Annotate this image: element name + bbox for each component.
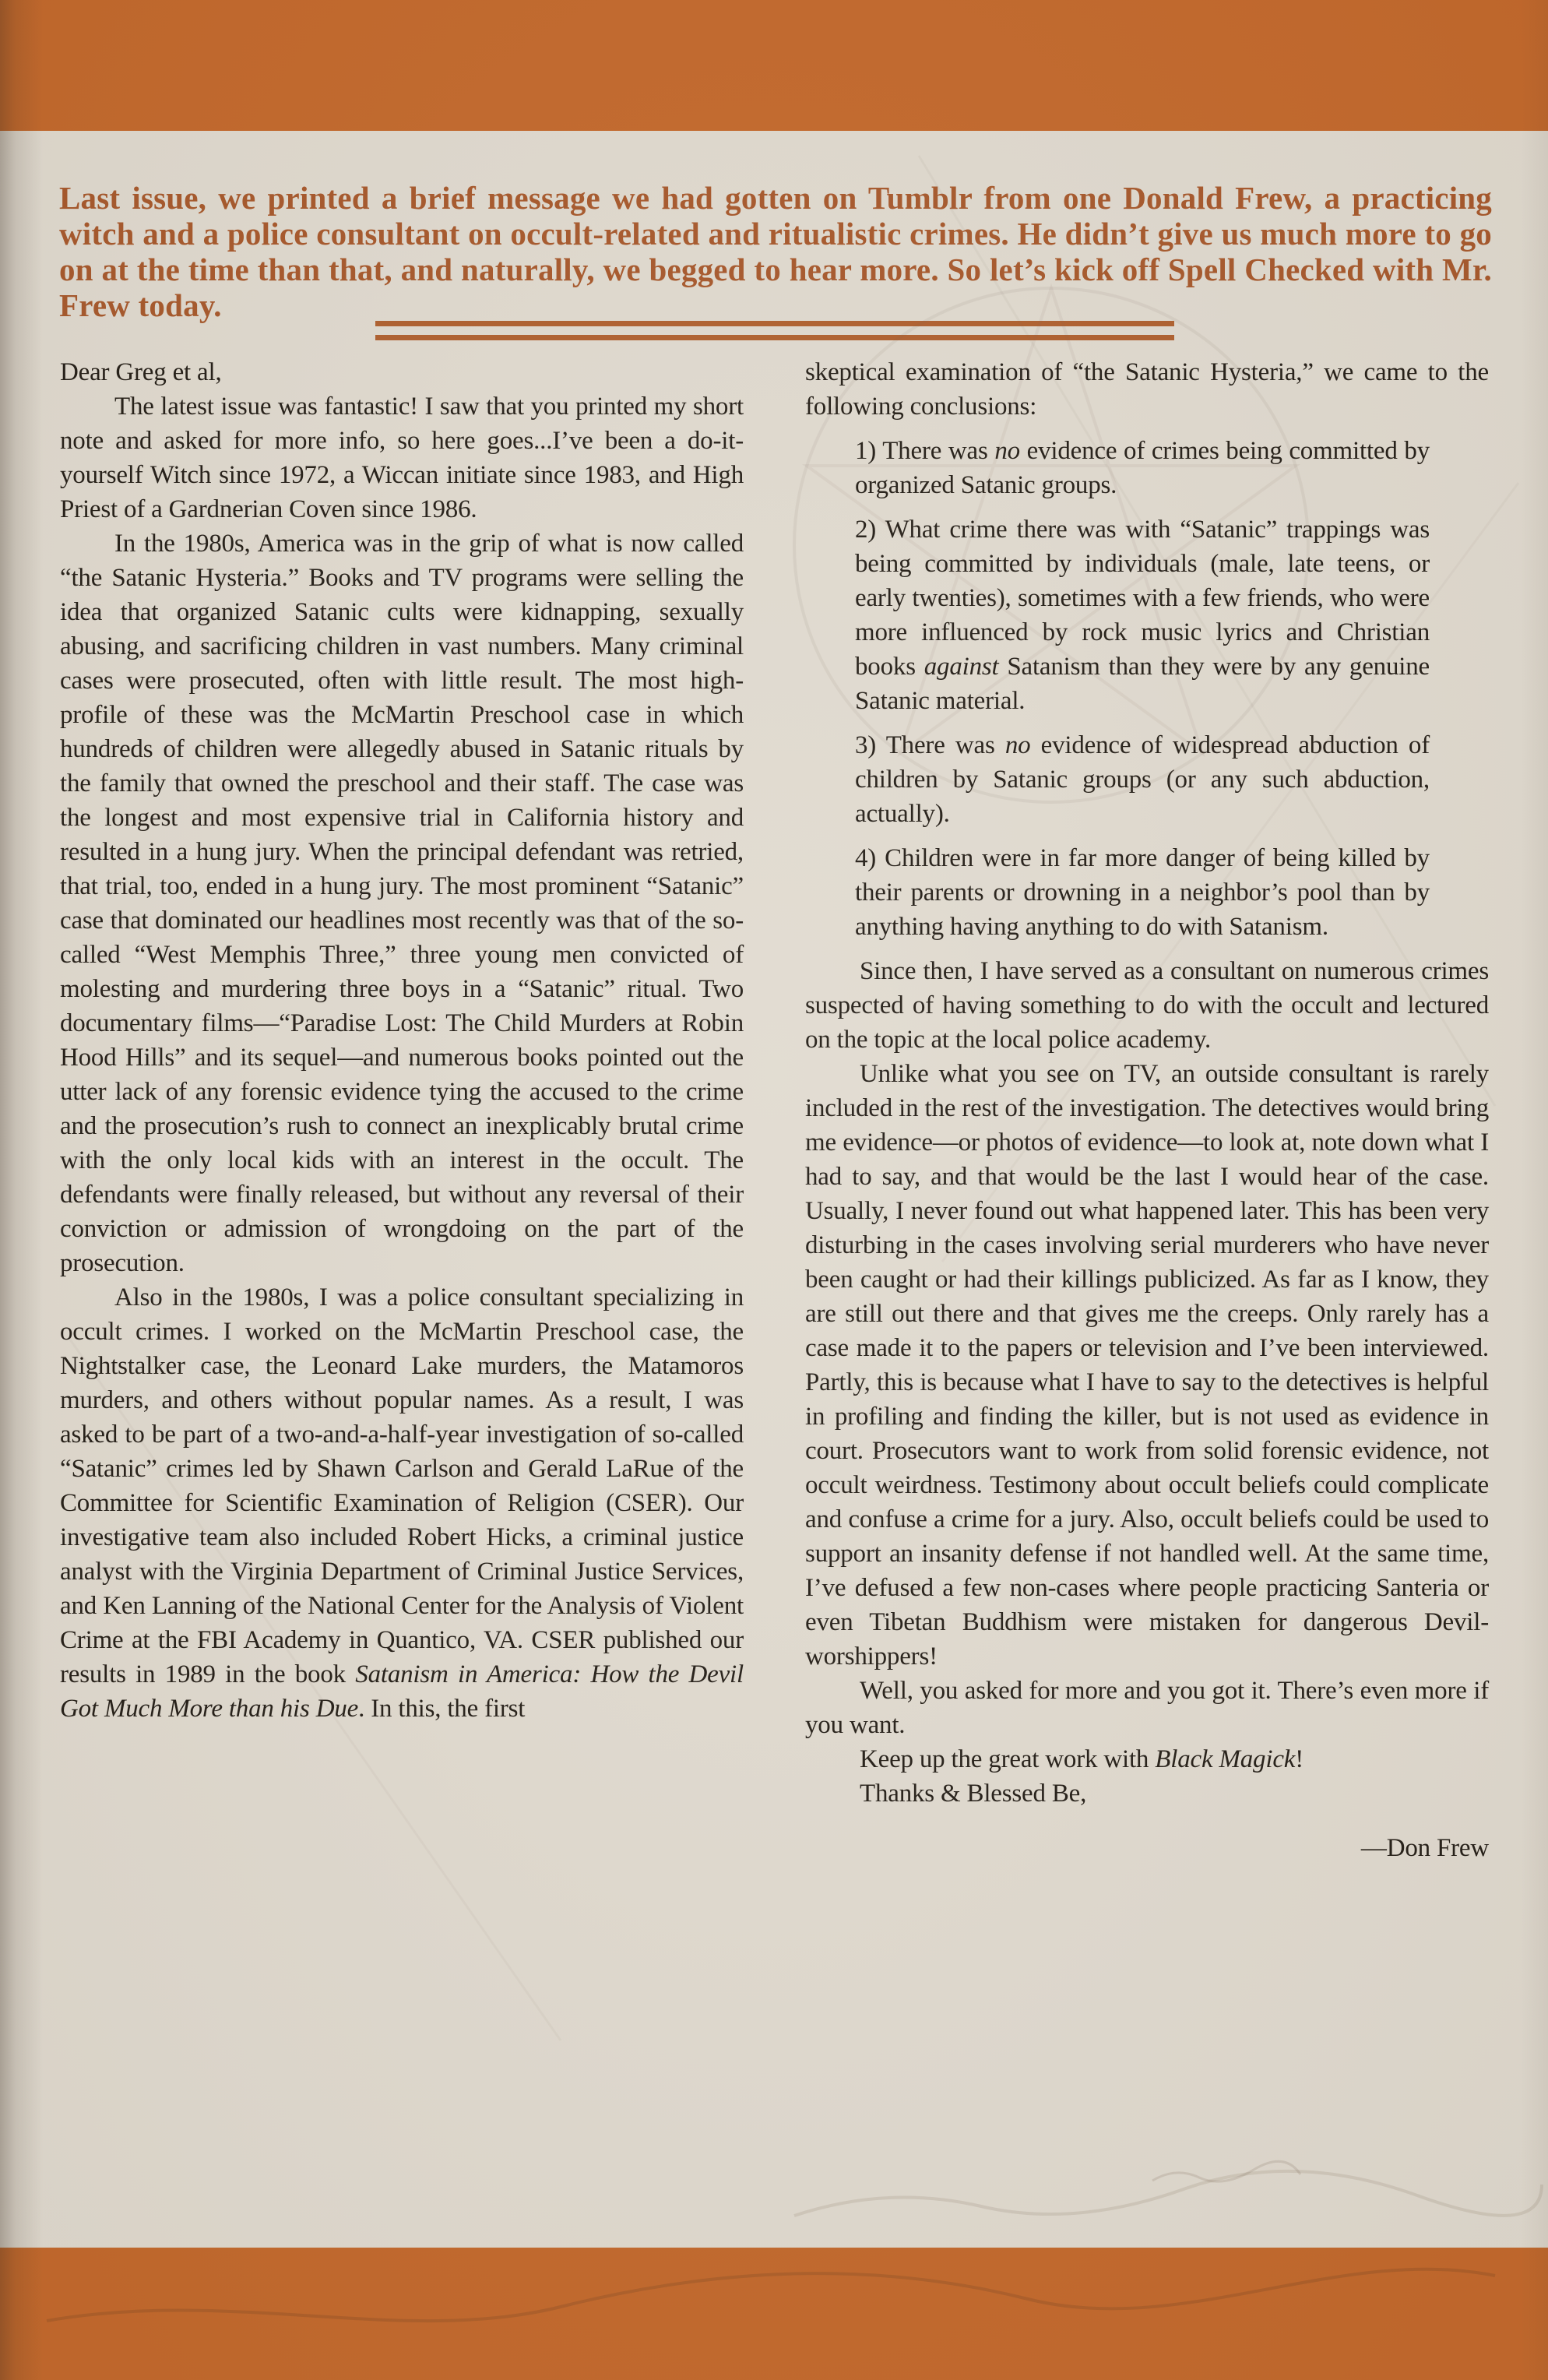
paragraph-well-you-asked: Well, you asked for more and you got it.… xyxy=(805,1674,1489,1742)
paragraph-keep-up: Keep up the great work with Black Magick… xyxy=(805,1742,1489,1776)
salutation: Dear Greg et al, xyxy=(60,355,744,389)
numbered-item-3: 3) There was no evidence of widespread a… xyxy=(855,728,1489,831)
paragraph-thanks: Thanks & Blessed Be, xyxy=(805,1776,1489,1811)
numbered-item-4: 4) Children were in far more danger of b… xyxy=(855,841,1489,944)
numbered-item-1: 1) There was no evidence of crimes being… xyxy=(855,434,1489,502)
letter-column-left: Dear Greg et al, The latest issue was fa… xyxy=(60,355,744,1726)
paragraph-police-consultant: Also in the 1980s, I was a police consul… xyxy=(60,1280,744,1726)
divider-rule-top xyxy=(375,321,1174,326)
numbered-item-2: 2) What crime there was with “Satanic” t… xyxy=(855,512,1489,718)
top-orange-band xyxy=(0,0,1548,131)
editor-intro: Last issue, we printed a brief message w… xyxy=(59,180,1492,323)
paragraph-continuation: skeptical examination of “the Satanic Hy… xyxy=(805,355,1489,424)
letter-column-right: skeptical examination of “the Satanic Hy… xyxy=(805,355,1489,1865)
paragraph-unlike-tv: Unlike what you see on TV, an outside co… xyxy=(805,1057,1489,1674)
bottom-orange-band xyxy=(0,2248,1548,2380)
paragraph-satanic-hysteria: In the 1980s, America was in the grip of… xyxy=(60,526,744,1280)
letters-page: Last issue, we printed a brief message w… xyxy=(0,0,1548,2380)
paragraph-since-then: Since then, I have served as a consultan… xyxy=(805,954,1489,1057)
signature: —Don Frew xyxy=(805,1831,1489,1865)
paragraph-latest-issue: The latest issue was fantastic! I saw th… xyxy=(60,389,744,526)
divider-rule-bottom xyxy=(375,335,1174,340)
double-rule-divider xyxy=(375,321,1174,340)
